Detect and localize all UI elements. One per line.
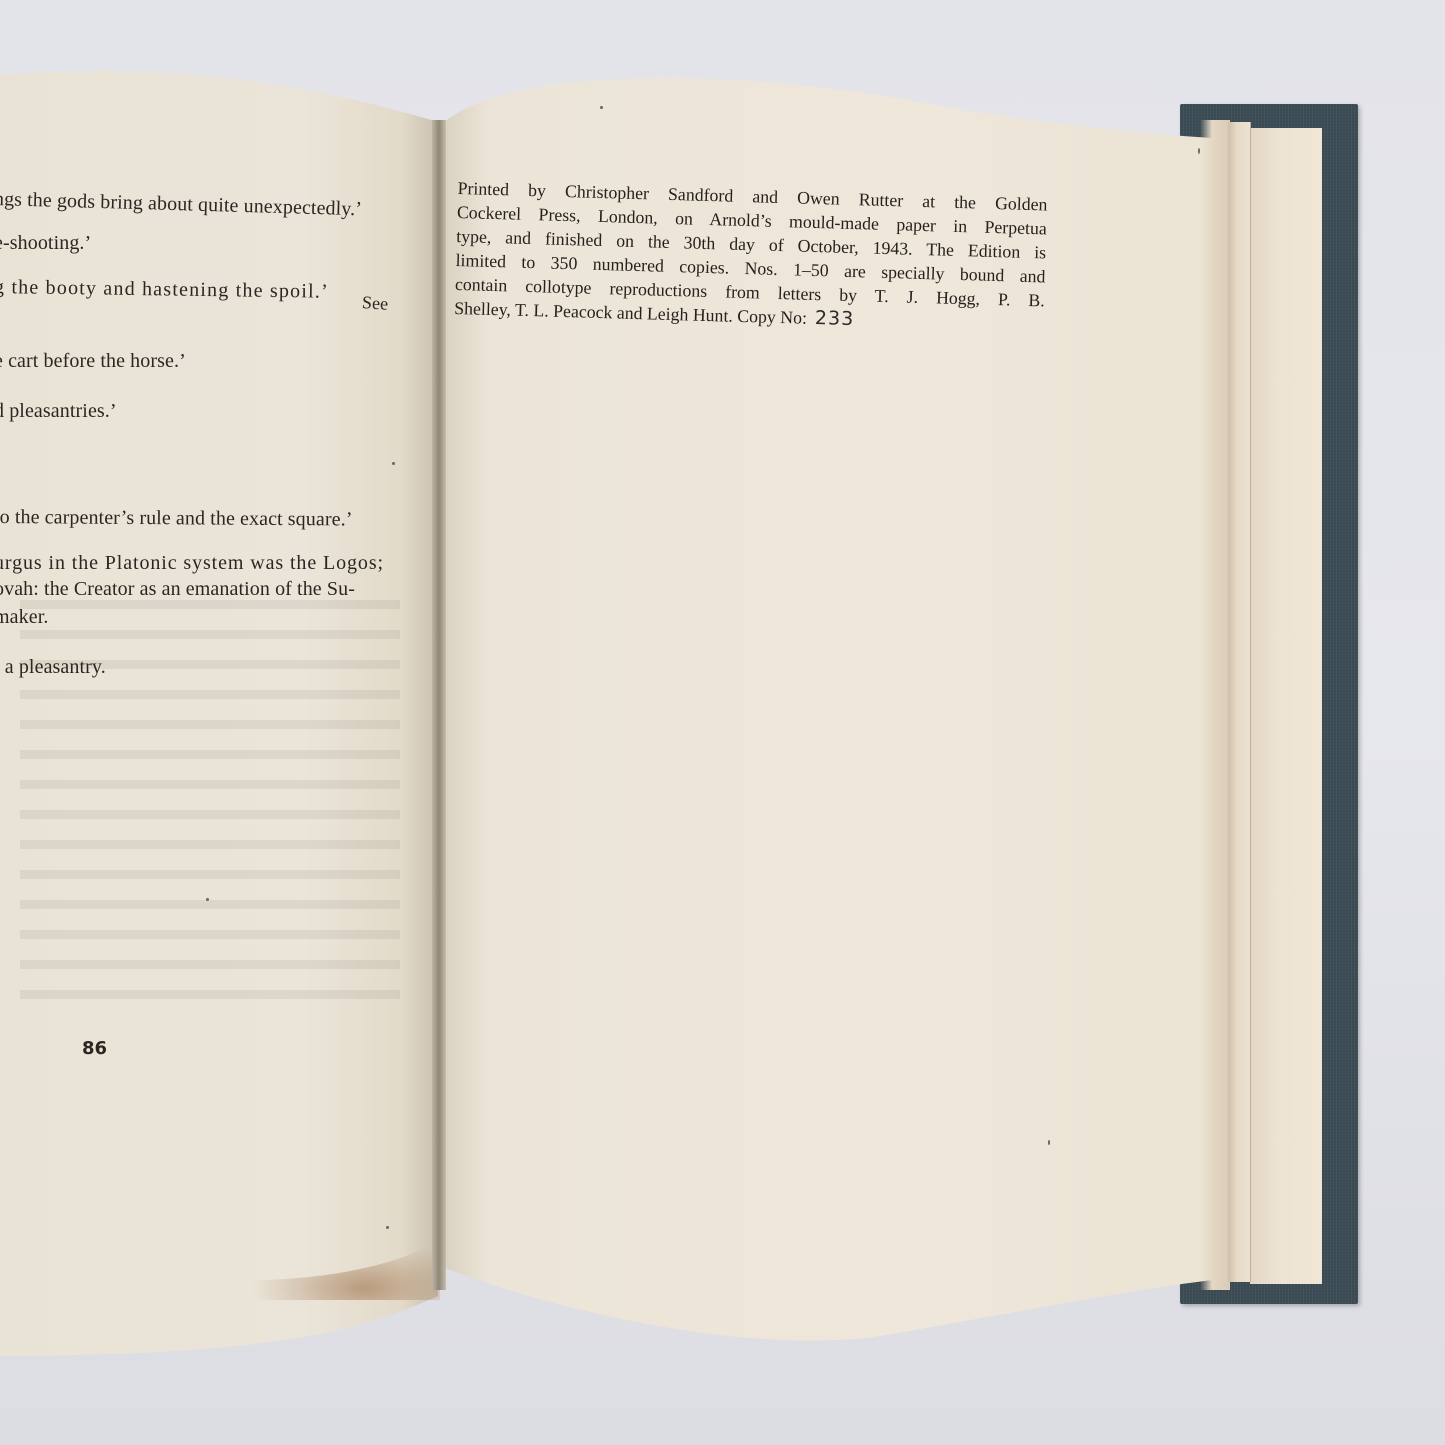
endpaper [1250, 128, 1322, 1284]
paper-speck [600, 106, 603, 109]
paper-speck [206, 898, 209, 901]
handwritten-copy-number: 233 [815, 307, 855, 330]
note-line: ovah: the Creator as an emanation of the… [0, 578, 355, 601]
book-gutter [432, 120, 446, 1290]
note-line: urgus in the Platonic system was the Log… [0, 552, 384, 575]
note-line: d pleasantries.’ [0, 400, 117, 423]
deckle-page-edge [1228, 122, 1251, 1282]
note-line: e-shooting.’ [0, 232, 91, 255]
note-line: maker. [0, 606, 48, 629]
paper-speck [386, 1226, 389, 1229]
colophon: Printed by Christopher Sandford and Owen… [454, 176, 1048, 336]
paper-speck [1048, 1140, 1050, 1145]
note-line: to the carpenter’s rule and the exact sq… [0, 506, 353, 532]
note-line: e cart before the horse.’ [0, 350, 186, 373]
page-number: 86 [82, 1038, 107, 1059]
paper-speck [1198, 148, 1200, 154]
paper-speck [392, 462, 395, 465]
note-line: See [361, 292, 389, 315]
note-line: ; a pleasantry. [0, 656, 106, 679]
book-photo: ngs the gods bring about quite unexpecte… [0, 0, 1445, 1445]
deckle-page-edge [1200, 120, 1230, 1290]
note-line: g the booty and hastening the spoil.’ [0, 276, 329, 304]
